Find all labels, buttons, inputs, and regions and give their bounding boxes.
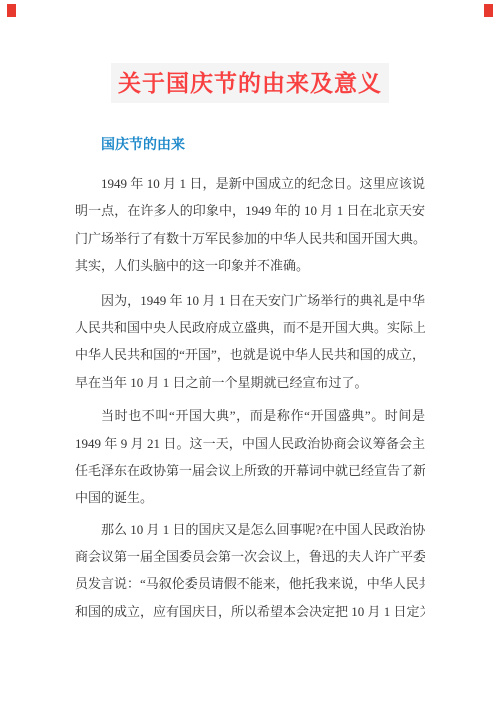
title-row: 关于国庆节的由来及意义 <box>0 63 500 103</box>
text-line: 员发言说：“马叙伦委员请假不能来，他托我来说，中华人民共 <box>75 570 425 597</box>
text-line: 任毛泽东在政协第一届会议上所致的开幕词中就已经宣告了新 <box>75 457 425 484</box>
text-line: 1949 年 10 月 1 日，是新中国成立的纪念日。这里应该说 <box>75 170 425 197</box>
text-line: 人民共和国中央人民政府成立盛典，而不是开国大典。实际上， <box>75 314 425 341</box>
text-line: 当时也不叫“开国大典”，而是称作“开国盛典”。时间是 <box>75 402 425 429</box>
section-heading: 国庆节的由来 <box>75 137 425 152</box>
red-corner-mark-icon <box>484 4 493 17</box>
text-line: 因为，1949 年 10 月 1 日在天安门广场举行的典礼是中华 <box>75 287 425 314</box>
paragraph: 1949 年 10 月 1 日，是新中国成立的纪念日。这里应该说 明一点，在许多… <box>75 170 425 280</box>
text-line: 明一点，在许多人的印象中，1949 年的 10 月 1 日在北京天安 <box>75 197 425 224</box>
paragraph: 那么 10 月 1 日的国庆又是怎么回事呢?在中国人民政治协 商会议第一届全国委… <box>75 516 425 626</box>
document-body: 国庆节的由来 1949 年 10 月 1 日，是新中国成立的纪念日。这里应该说 … <box>75 137 425 625</box>
page-title: 关于国庆节的由来及意义 <box>111 63 389 103</box>
text-line: 其实，人们头脑中的这一印象并不准确。 <box>75 252 425 279</box>
text-line: 商会议第一届全国委员会第一次会议上，鲁迅的夫人许广平委 <box>75 543 425 570</box>
paragraph: 当时也不叫“开国大典”，而是称作“开国盛典”。时间是 1949 年 9 月 21… <box>75 402 425 512</box>
paragraph: 因为，1949 年 10 月 1 日在天安门广场举行的典礼是中华 人民共和国中央… <box>75 287 425 397</box>
text-line: 那么 10 月 1 日的国庆又是怎么回事呢?在中国人民政治协 <box>75 516 425 543</box>
text-line: 中国的诞生。 <box>75 484 425 511</box>
text-line: 中华人民共和国的“开国”，也就是说中华人民共和国的成立， <box>75 341 425 368</box>
text-line: 1949 年 9 月 21 日。这一天，中国人民政治协商会议筹备会主 <box>75 430 425 457</box>
document-page: 关于国庆节的由来及意义 国庆节的由来 1949 年 10 月 1 日，是新中国成… <box>0 0 500 708</box>
text-line: 门广场举行了有数十万军民参加的中华人民共和国开国大典。 <box>75 225 425 252</box>
red-corner-mark-icon <box>7 4 16 17</box>
text-line: 和国的成立，应有国庆日，所以希望本会决定把 10 月 1 日定为 <box>75 598 425 625</box>
text-line: 早在当年 10 月 1 日之前一个星期就已经宣布过了。 <box>75 369 425 396</box>
